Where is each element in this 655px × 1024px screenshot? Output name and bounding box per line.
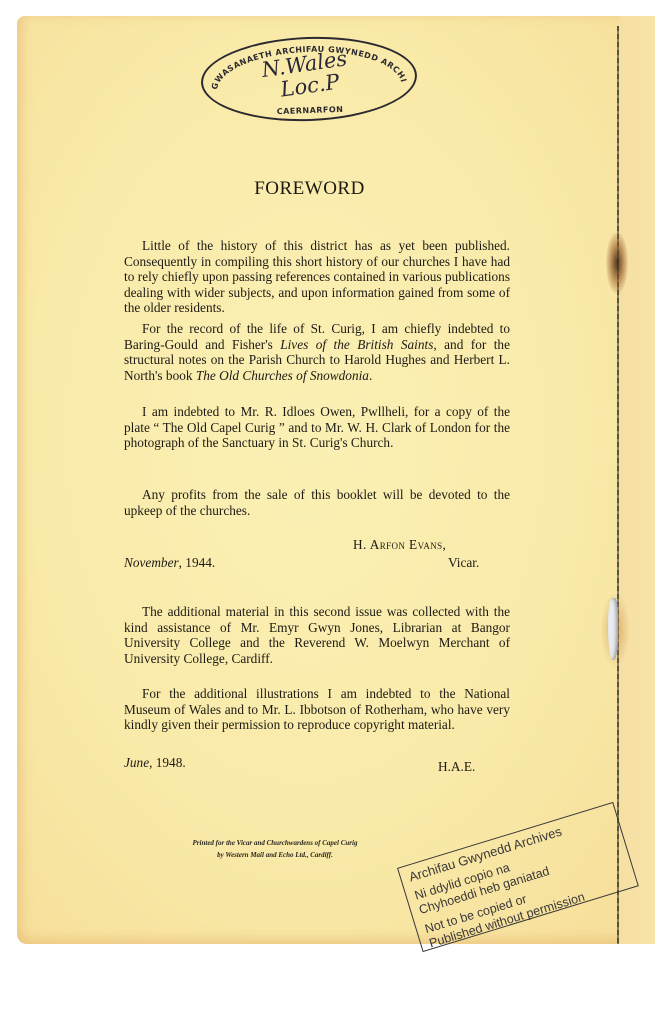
archive-oval-stamp: GWASANAETH ARCHIFAU GWYNEDD ARCHIVES SER… (200, 33, 419, 124)
svg-text:CAERNARFON: CAERNARFON (277, 105, 344, 116)
signature-date: November, 1944. (124, 555, 215, 571)
facing-page-edge (619, 16, 655, 944)
paragraph-5: The additional material in this second i… (124, 604, 510, 666)
paragraph-1: Little of the history of this district h… (124, 238, 510, 316)
signature-name: H. Arfon Evans, (353, 537, 446, 553)
second-issue-date: June, 1948. (124, 755, 186, 771)
page-title: FOREWORD (0, 178, 619, 200)
book-title-churches: The Old Churches of Snowdonia (196, 368, 369, 383)
binding-stitches (617, 26, 619, 944)
book-title-lives: Lives of the British Saints (280, 337, 433, 352)
paragraph-2: For the record of the life of St. Curig,… (124, 321, 510, 383)
rust-stain (606, 232, 628, 294)
signature-role: Vicar. (448, 555, 479, 571)
torn-hole (608, 598, 618, 660)
booklet-page (17, 16, 655, 944)
paragraph-4: Any profits from the sale of this bookle… (124, 487, 510, 518)
paragraph-6: For the additional illustrations I am in… (124, 686, 510, 733)
printer-imprint: Printed for the Vicar and Churchwardens … (160, 837, 390, 861)
paragraph-3: I am indebted to Mr. R. Idloes Owen, Pwl… (124, 404, 510, 451)
author-initials: H.A.E. (438, 759, 475, 775)
